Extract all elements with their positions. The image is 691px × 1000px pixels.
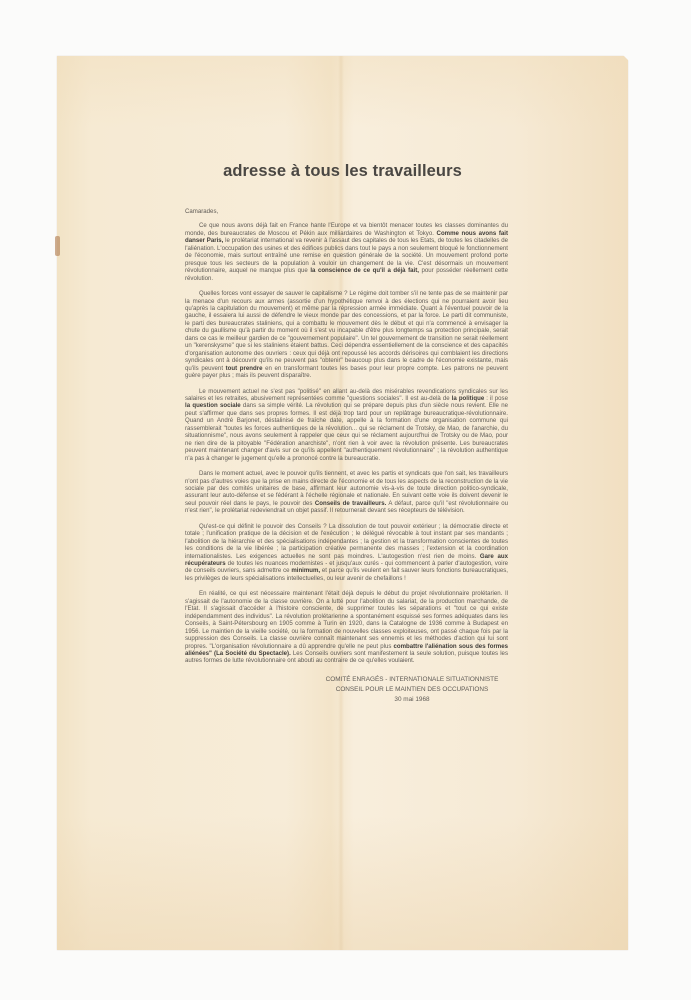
- signature-line-2: CONSEIL POUR LE MAINTIEN DES OCCUPATIONS: [292, 685, 532, 695]
- paragraph: Ce que nous avons déjà fait en France ha…: [185, 222, 508, 282]
- emphasis: la politique: [452, 395, 485, 402]
- emphasis: la question sociale: [185, 402, 241, 409]
- signature-date: 30 mai 1968: [292, 695, 532, 705]
- salutation: Camarades,: [185, 208, 508, 215]
- text-run: dans sa simple vérité. La révolution qui…: [185, 402, 508, 461]
- document-title: adresse à tous les travailleurs: [57, 162, 628, 181]
- paragraph: Le mouvement actuel ne s'est pas "politi…: [185, 388, 508, 463]
- text-run: Quelles forces vont essayer de sauver le…: [185, 290, 508, 372]
- clipped-corner: [623, 55, 629, 61]
- paragraph: Qu'est-ce qui définit le pouvoir des Con…: [185, 523, 508, 583]
- signature-line-1: COMITÉ ENRAGÉS - INTERNATIONALE SITUATIO…: [292, 675, 532, 685]
- text-run: Qu'est-ce qui définit le pouvoir des Con…: [185, 523, 508, 560]
- paragraph: En réalité, ce qui est nécessaire mainte…: [185, 590, 508, 665]
- document-body: Camarades, Ce que nous avons déjà fait e…: [185, 208, 508, 673]
- edge-stain: [55, 236, 60, 256]
- emphasis: tout prendre: [226, 365, 263, 372]
- text-run: En réalité, ce qui est nécessaire mainte…: [185, 590, 508, 649]
- emphasis: Conseils de travailleurs.: [315, 500, 387, 507]
- paragraph: Dans le moment actuel, avec le pouvoir q…: [185, 470, 508, 515]
- document-sheet: adresse à tous les travailleurs Camarade…: [57, 56, 628, 950]
- text-run: : il pose: [484, 395, 508, 402]
- paragraph: Quelles forces vont essayer de sauver le…: [185, 290, 508, 379]
- emphasis: minimum,: [291, 567, 320, 574]
- signature-block: COMITÉ ENRAGÉS - INTERNATIONALE SITUATIO…: [292, 675, 532, 705]
- emphasis: la conscience de ce qu'il a déjà fait,: [310, 267, 419, 274]
